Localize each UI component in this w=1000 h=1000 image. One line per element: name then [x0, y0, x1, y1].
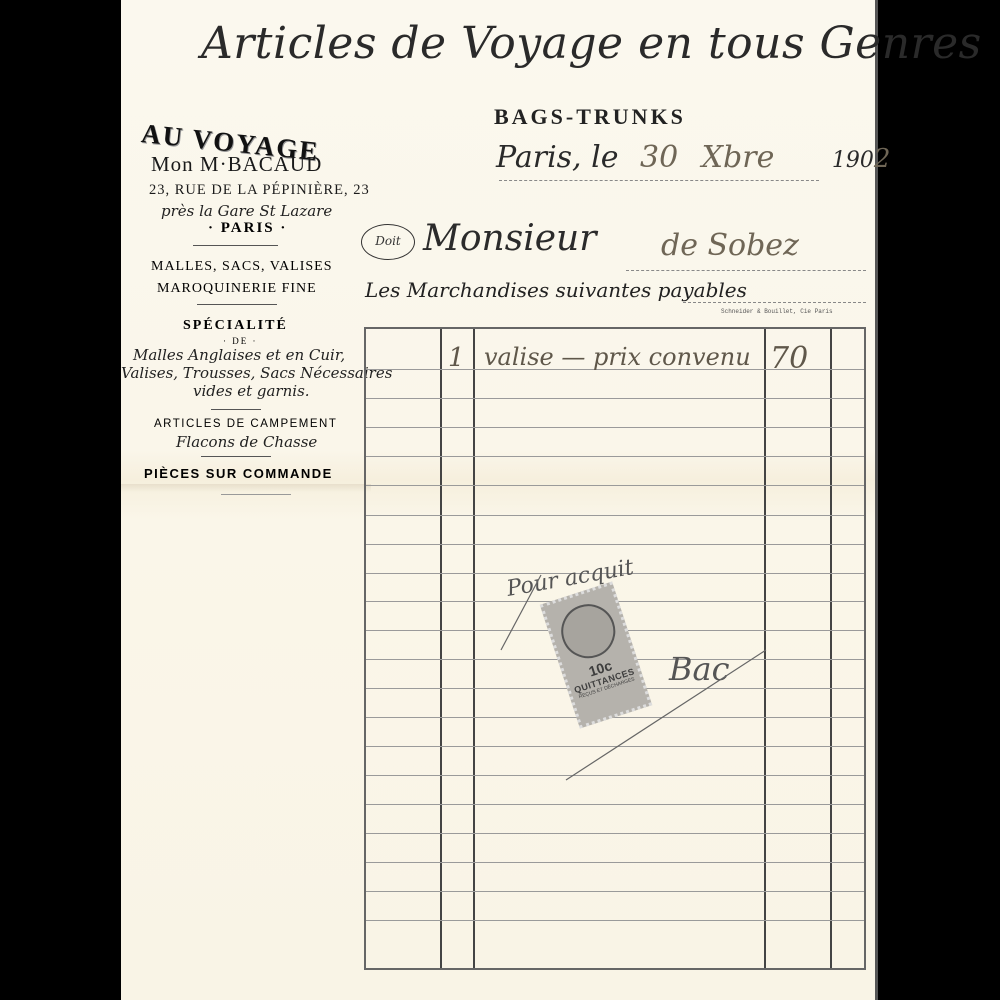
signature-stroke-icon [121, 0, 878, 1000]
invoice-paper: Articles de Voyage en tous Genres BAGS-T… [121, 0, 878, 1000]
